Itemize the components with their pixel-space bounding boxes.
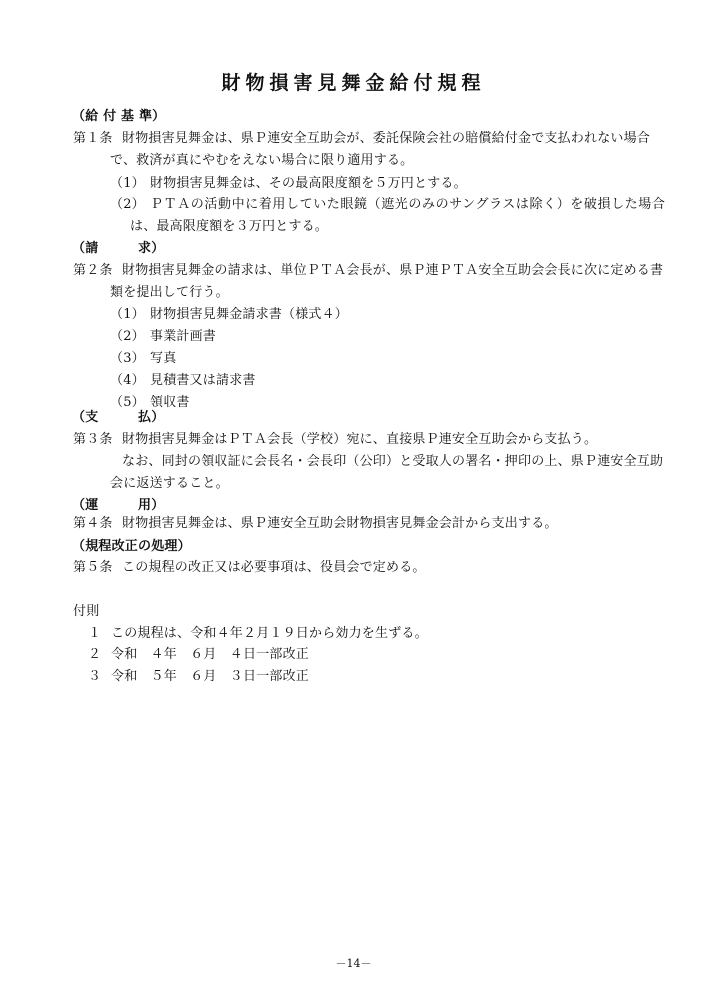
- article-number: 第４条: [73, 516, 113, 532]
- item-text: 財物損害見舞金請求書（様式４）: [150, 307, 348, 323]
- article-number: 第３条: [73, 432, 113, 448]
- item-text: 事業計画書: [150, 329, 216, 345]
- supplementary-text: 令和 ５年 ６月 ３日一部改正: [111, 669, 309, 685]
- section-heading: （運 用）: [72, 498, 164, 514]
- page-number: －14－: [0, 955, 707, 971]
- item-number: （3）: [110, 351, 145, 367]
- item-number: （1）: [110, 307, 145, 323]
- article-text: 財物損害見舞金の請求は、単位ＰＴＡ会長が、県Ｐ連ＰＴＡ安全互助会会長に次に定める…: [122, 263, 663, 279]
- article-text: 会に返送すること。: [110, 476, 229, 492]
- section-heading: （規程改正の処理）: [72, 539, 191, 555]
- item-text: 領収書: [150, 395, 190, 411]
- section-heading: （請 求）: [72, 241, 164, 257]
- supplementary-number: ３: [88, 669, 101, 685]
- article-number: 第２条: [73, 263, 113, 279]
- item-number: （2）: [110, 329, 145, 345]
- supplementary-heading: 付則: [73, 604, 99, 620]
- article-text: この規程の改正又は必要事項は、役員会で定める。: [122, 560, 426, 576]
- item-text: は、最高限度額を３万円とする。: [130, 219, 328, 235]
- article-number: 第１条: [73, 131, 113, 147]
- supplementary-number: ２: [88, 647, 101, 663]
- item-number: （5）: [110, 395, 145, 411]
- article-text: なお、同封の領収証に会長名・会長印（公印）と受取人の署名・押印の上、県Ｐ連安全互…: [122, 454, 663, 470]
- page-title: 財物損害見舞金給付規程: [0, 68, 707, 95]
- article-text: で、救済が真にやむをえない場合に限り適用する。: [110, 153, 413, 169]
- item-text: ＰＴＡの活動中に着用していた眼鏡（遮光のみのサングラスは除く）を破損した場合: [150, 197, 666, 213]
- article-text: 財物損害見舞金は、県Ｐ連安全互助会財物損害見舞金会計から支出する。: [122, 516, 558, 532]
- section-heading: （給 付 基 準）: [72, 109, 165, 125]
- item-text: 財物損害見舞金は、その最高限度額を５万円とする。: [150, 176, 467, 192]
- supplementary-number: １: [88, 626, 101, 642]
- item-text: 見積書又は請求書: [150, 373, 256, 389]
- article-text: 財物損害見舞金はＰＴＡ会長（学校）宛に、直接県Ｐ連安全互助会から支払う。: [122, 432, 597, 448]
- supplementary-text: この規程は、令和４年２月１９日から効力を生ずる。: [111, 626, 428, 642]
- item-number: （2）: [110, 197, 145, 213]
- item-text: 写真: [150, 351, 176, 367]
- supplementary-text: 令和 ４年 ６月 ４日一部改正: [111, 647, 309, 663]
- item-number: （1）: [110, 176, 145, 192]
- section-heading: （支 払）: [72, 410, 164, 426]
- article-text: 類を提出して行う。: [110, 285, 229, 301]
- article-number: 第５条: [73, 560, 113, 576]
- article-text: 財物損害見舞金は、県Ｐ連安全互助会が、委託保険会社の賠償給付金で支払われない場合: [122, 131, 650, 147]
- item-number: （4）: [110, 373, 145, 389]
